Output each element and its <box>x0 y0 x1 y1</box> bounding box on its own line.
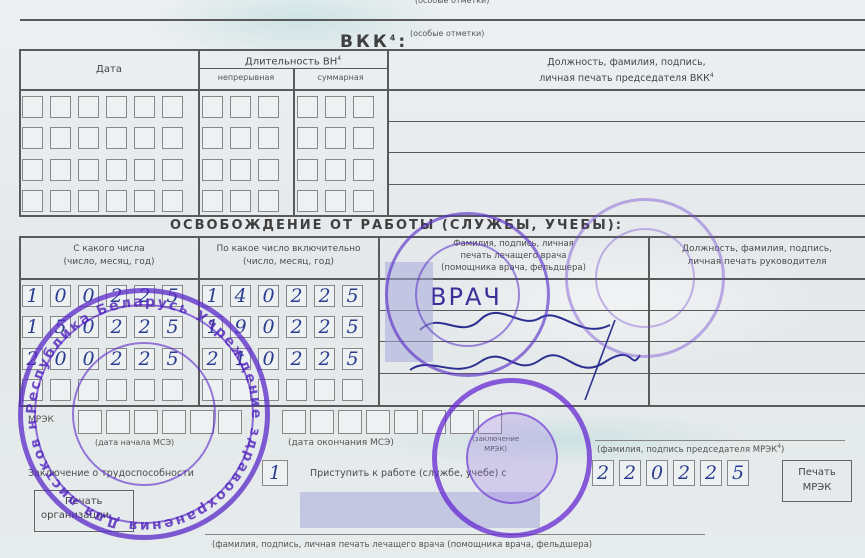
vkk-total-cells <box>297 96 392 118</box>
vkk-total-cells <box>297 159 392 181</box>
top-rule <box>20 19 865 21</box>
vkk-col-continuous: непрерывная <box>199 73 293 82</box>
digit-box[interactable] <box>353 127 374 149</box>
digit-box[interactable] <box>22 190 43 212</box>
digit-box[interactable] <box>325 190 346 212</box>
digit-box[interactable] <box>78 190 99 212</box>
release-col-doctor-line1: Фамилия, подпись, личная <box>379 238 648 250</box>
digit-box[interactable] <box>134 96 155 118</box>
digit-box[interactable] <box>106 96 127 118</box>
digit-box[interactable] <box>422 410 446 434</box>
digit-box[interactable] <box>22 159 43 181</box>
digit-box[interactable] <box>342 379 363 401</box>
digit-box[interactable] <box>258 159 279 181</box>
release-col-doctor-line2: печать лечащего врача <box>379 250 648 262</box>
release-col-to-line2: (число, месяц, год) <box>199 256 378 269</box>
vkk-row-rule-2 <box>388 152 865 153</box>
digit-box[interactable] <box>297 190 318 212</box>
vkk-total-cells <box>297 190 392 212</box>
digit-box[interactable] <box>106 159 127 181</box>
digit-box[interactable]: 2 <box>286 348 307 370</box>
digit-box[interactable] <box>202 159 223 181</box>
digit-box[interactable] <box>230 190 251 212</box>
digit-box[interactable] <box>230 159 251 181</box>
vkk-row <box>22 91 392 123</box>
vkk-date-cells <box>22 96 202 118</box>
digit-box[interactable] <box>394 410 418 434</box>
digit-box[interactable] <box>353 96 374 118</box>
redacted-doctor-name <box>385 262 433 362</box>
digit-box[interactable] <box>50 127 71 149</box>
bottom-signature-line <box>205 534 705 535</box>
digit-box[interactable] <box>78 96 99 118</box>
mrek-conclusion-caption: (заключение МРЭК) <box>472 434 519 454</box>
digit-box[interactable] <box>314 379 335 401</box>
digit-box[interactable] <box>258 127 279 149</box>
digit-box[interactable]: 2 <box>286 316 307 338</box>
digit-box[interactable] <box>202 127 223 149</box>
digit-box[interactable]: 0 <box>646 460 668 486</box>
release-title: ОСВОБОЖДЕНИЕ ОТ РАБОТЫ (СЛУЖБЫ, УЧЕБЫ): <box>170 218 623 233</box>
digit-box[interactable] <box>134 127 155 149</box>
digit-box[interactable] <box>366 410 390 434</box>
digit-box[interactable] <box>325 96 346 118</box>
digit-box[interactable] <box>282 410 306 434</box>
vkk-row <box>22 186 392 218</box>
mrek-stamp-line1: Печать <box>783 465 851 480</box>
mrek-chair-line <box>595 440 845 441</box>
mrek-conclusion-caption-line1: (заключение <box>472 434 519 444</box>
mrek-end-caption: (дата окончания МСЭ) <box>288 438 394 448</box>
vkk-row-rule-1 <box>388 121 865 122</box>
round-stamp-left-arc: Республика Беларусь Учреждение здравоохр… <box>18 288 264 534</box>
vkk-col-signature-line2-text: личная печать председателя ВКК <box>539 73 710 84</box>
digit-box[interactable] <box>134 190 155 212</box>
top-caption: (особые отметки) <box>415 0 489 5</box>
digit-box[interactable] <box>310 410 334 434</box>
mrek-chair-caption: (фамилия, подпись председателя МРЭК4) <box>597 443 784 455</box>
digit-box[interactable]: 5 <box>342 316 363 338</box>
svg-text:Республика Беларусь Учреждение: Республика Беларусь Учреждение здравоохр… <box>18 288 264 534</box>
digit-box[interactable] <box>162 96 183 118</box>
digit-box[interactable] <box>478 410 502 434</box>
digit-box[interactable] <box>450 410 474 434</box>
digit-box[interactable] <box>338 410 362 434</box>
release-col-from-line1: С какого числа <box>20 243 198 256</box>
vkk-col-date: Дата <box>20 63 198 76</box>
digit-box[interactable] <box>286 379 307 401</box>
release-col-head-line2: личная печать руководителя <box>649 256 865 269</box>
digit-box[interactable] <box>134 159 155 181</box>
redacted-bottom-name <box>300 492 540 528</box>
vkk-col-total: суммарная <box>294 73 387 82</box>
mrek-stamp-box: Печать МРЭК <box>782 460 852 502</box>
vkk-total-cells <box>297 127 392 149</box>
vkk-col-duration: Длительность ВН4 <box>199 52 387 68</box>
mrek-chair-caption-text: (фамилия, подпись председателя МРЭК <box>597 445 777 455</box>
bottom-caption: (фамилия, подпись, личная печать лечащег… <box>212 540 592 550</box>
doctor-signature <box>400 300 660 410</box>
vkk-row <box>22 123 392 155</box>
digit-box[interactable]: 2 <box>700 460 722 486</box>
vkk-caption: (особые отметки) <box>410 29 484 38</box>
digit-box[interactable]: 2 <box>314 285 335 307</box>
digit-box[interactable] <box>230 127 251 149</box>
digit-box[interactable]: 2 <box>286 285 307 307</box>
digit-box[interactable] <box>106 127 127 149</box>
digit-box[interactable] <box>353 190 374 212</box>
digit-box[interactable] <box>202 96 223 118</box>
vkk-continuous-cells <box>202 159 297 181</box>
digit-box[interactable] <box>325 159 346 181</box>
vkk-date-cells <box>22 190 202 212</box>
digit-box[interactable] <box>78 159 99 181</box>
digit-box[interactable] <box>50 96 71 118</box>
digit-box[interactable] <box>50 159 71 181</box>
mrek-chair-sup: 4 <box>777 443 781 450</box>
sick-leave-form: (особые отметки) ВКК4: (особые отметки) … <box>0 0 865 558</box>
vkk-date-cells <box>22 159 202 181</box>
release-col-from-line2: (число, месяц, год) <box>20 256 198 269</box>
digit-box[interactable] <box>297 96 318 118</box>
vkk-date-grid <box>22 91 392 217</box>
release-col-head-line1: Должность, фамилия, подпись, <box>649 243 865 256</box>
digit-box[interactable] <box>50 190 71 212</box>
vkk-table-top <box>19 49 865 51</box>
digit-box[interactable] <box>297 127 318 149</box>
release-col-head: Должность, фамилия, подпись, личная печа… <box>649 243 865 269</box>
digit-box[interactable] <box>230 96 251 118</box>
digit-box[interactable]: 5 <box>342 348 363 370</box>
digit-box[interactable] <box>78 127 99 149</box>
digit-box[interactable]: 2 <box>619 460 641 486</box>
digit-box[interactable]: 5 <box>342 285 363 307</box>
digit-box[interactable] <box>22 96 43 118</box>
vkk-continuous-cells <box>202 127 297 149</box>
vkk-row <box>22 154 392 186</box>
digit-box[interactable] <box>353 159 374 181</box>
digit-box[interactable]: 2 <box>592 460 614 486</box>
digit-box[interactable] <box>106 190 127 212</box>
release-col-from: С какого числа (число, месяц, год) <box>20 243 198 269</box>
digit-box[interactable] <box>22 127 43 149</box>
vkk-row-rule-3 <box>388 184 865 185</box>
mrek-end-date <box>282 410 502 434</box>
vkk-col-signature: Должность, фамилия, подпись, личная печа… <box>388 56 865 85</box>
return-label: Приступить к работе (службе, учебе) с <box>310 468 507 479</box>
round-stamp-left-text: Республика Беларусь Учреждение здравоохр… <box>18 288 270 540</box>
mrek-conclusion-caption-line2: МРЭК) <box>472 444 519 454</box>
digit-box[interactable]: 2 <box>314 316 335 338</box>
vkk-col-duration-text: Длительность ВН <box>245 56 337 67</box>
release-col-to-line1: По какое число включительно <box>199 243 378 256</box>
digit-box[interactable]: 5 <box>727 460 749 486</box>
return-date: 220225 <box>592 460 749 486</box>
vkk-continuous-cells <box>202 190 297 212</box>
vkk-continuous-cells <box>202 96 297 118</box>
vkk-date-cells <box>22 127 202 149</box>
vkk-col-signature-line2: личная печать председателя ВКК4 <box>388 69 865 85</box>
digit-box[interactable] <box>325 127 346 149</box>
vkk-col-signature-line1: Должность, фамилия, подпись, <box>388 56 865 69</box>
vkk-col-signature-sup: 4 <box>710 72 714 79</box>
release-col-to: По какое число включительно (число, меся… <box>199 243 378 269</box>
digit-box[interactable]: 2 <box>673 460 695 486</box>
digit-box[interactable] <box>202 190 223 212</box>
digit-box[interactable] <box>258 96 279 118</box>
digit-box[interactable] <box>162 127 183 149</box>
digit-box[interactable]: 2 <box>314 348 335 370</box>
mrek-stamp-line2: МРЭК <box>783 480 851 495</box>
vkk-col-duration-sup: 4 <box>337 55 341 62</box>
digit-box[interactable] <box>297 159 318 181</box>
digit-box[interactable] <box>162 159 183 181</box>
digit-box[interactable] <box>258 190 279 212</box>
digit-box[interactable] <box>162 190 183 212</box>
